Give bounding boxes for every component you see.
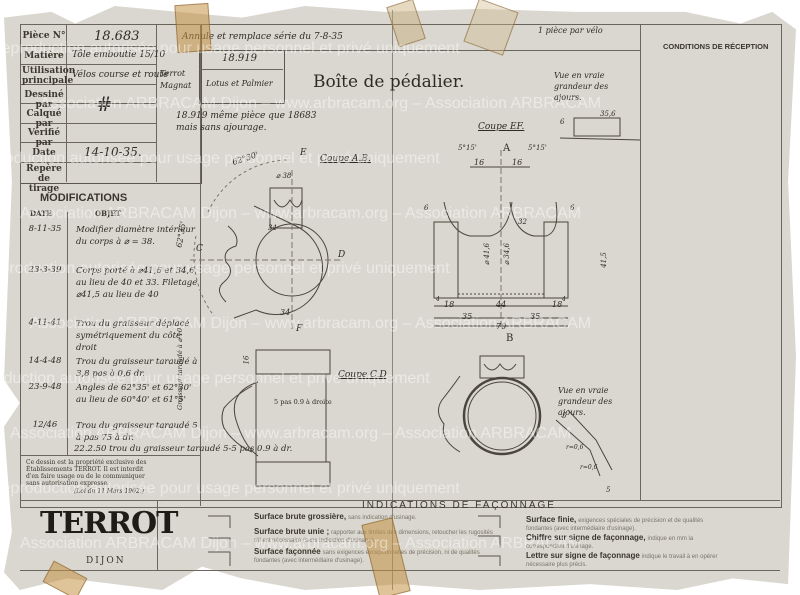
facon-item: Chiffre sur signe de façonnage, indique … xyxy=(526,534,726,551)
facon-item: Lettre sur signe de façonnage indique le… xyxy=(526,552,726,569)
facon-item: Surface brute grossière, sans indication… xyxy=(254,512,474,521)
facon-item: Surface finie, exigences spéciales de pr… xyxy=(526,516,726,533)
tape-top-left xyxy=(174,3,211,53)
facon-symbols xyxy=(0,0,800,595)
